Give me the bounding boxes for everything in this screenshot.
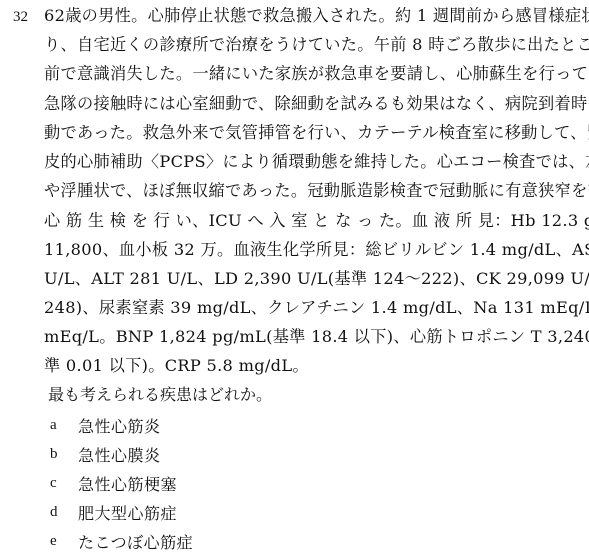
choice-letter: e — [50, 533, 78, 550]
choice-d[interactable]: d 肥大型心筋症 — [50, 501, 177, 523]
stem-line: 準 0.01 以下)。CRP 5.8 mg/dL。 — [44, 356, 580, 376]
stem-line: 248)、尿素窒素 39 mg/dL、クレアチニン 1.4 mg/dL、Na 1… — [44, 298, 580, 318]
choice-text: 肥大型心筋症 — [78, 501, 177, 524]
choice-text: 急性心筋炎 — [78, 414, 161, 437]
stem-line: や浮腫状で、ほぼ無収縮であった。冠動脈造影検査で冠動脈に有意狭窄を認めず、 — [44, 181, 580, 201]
choice-c[interactable]: c 急性心筋梗塞 — [50, 472, 177, 494]
stem-line: mEq/L。BNP 1,824 pg/mL(基準 18.4 以下)、心筋トロポニ… — [44, 327, 580, 347]
stem-line: U/L、ALT 281 U/L、LD 2,390 U/L(基準 124〜222)… — [44, 269, 580, 289]
choice-letter: b — [50, 446, 78, 463]
stem-line: 心 筋 生 検 を 行 い、ICU へ 入 室 と な っ た。血 液 所 見：… — [44, 211, 580, 231]
choice-text: 急性心膜炎 — [78, 443, 161, 466]
stem-line: 11,800、血小板 32 万。血液生化学所見：総ビリルビン 1.4 mg/dL… — [44, 240, 580, 260]
stem-line: 急隊の接触時には心室細動で、除細動を試みるも効果はなく、病院到着時も心室細 — [44, 94, 580, 114]
choice-text: たこつぼ心筋症 — [78, 530, 193, 553]
choice-e[interactable]: e たこつぼ心筋症 — [50, 530, 193, 552]
choice-letter: c — [50, 475, 78, 492]
exam-question-page: 32 62歳の男性。心肺停止状態で救急搬入された。約 1 週間前から感冒様症状が… — [0, 0, 589, 559]
stem-line: 62歳の男性。心肺停止状態で救急搬入された。約 1 週間前から感冒様症状があ — [44, 6, 580, 26]
question-prompt: 最も考えられる疾患はどれか。 — [48, 385, 272, 405]
stem-line: り、自宅近くの診療所で治療をうけていた。午前 8 時ごろ散歩に出たところ、自宅 — [44, 35, 580, 55]
choice-b[interactable]: b 急性心膜炎 — [50, 443, 161, 465]
choice-letter: d — [50, 504, 78, 521]
stem-line: 皮的心肺補助〈PCPS〉により循環動態を維持した。心エコー検査では、左室壁はや — [44, 152, 580, 172]
stem-line: 前で意識消失した。一緒にいた家族が救急車を要請し、心肺蘇生を行っていた。救 — [44, 64, 580, 84]
question-number: 32 — [13, 7, 28, 27]
stem-line: 動であった。救急外来で気管挿管を行い、カテーテル検査室に移動して、緊急で経 — [44, 123, 580, 143]
choice-text: 急性心筋梗塞 — [78, 472, 177, 495]
choice-letter: a — [50, 417, 78, 434]
choice-a[interactable]: a 急性心筋炎 — [50, 414, 161, 436]
